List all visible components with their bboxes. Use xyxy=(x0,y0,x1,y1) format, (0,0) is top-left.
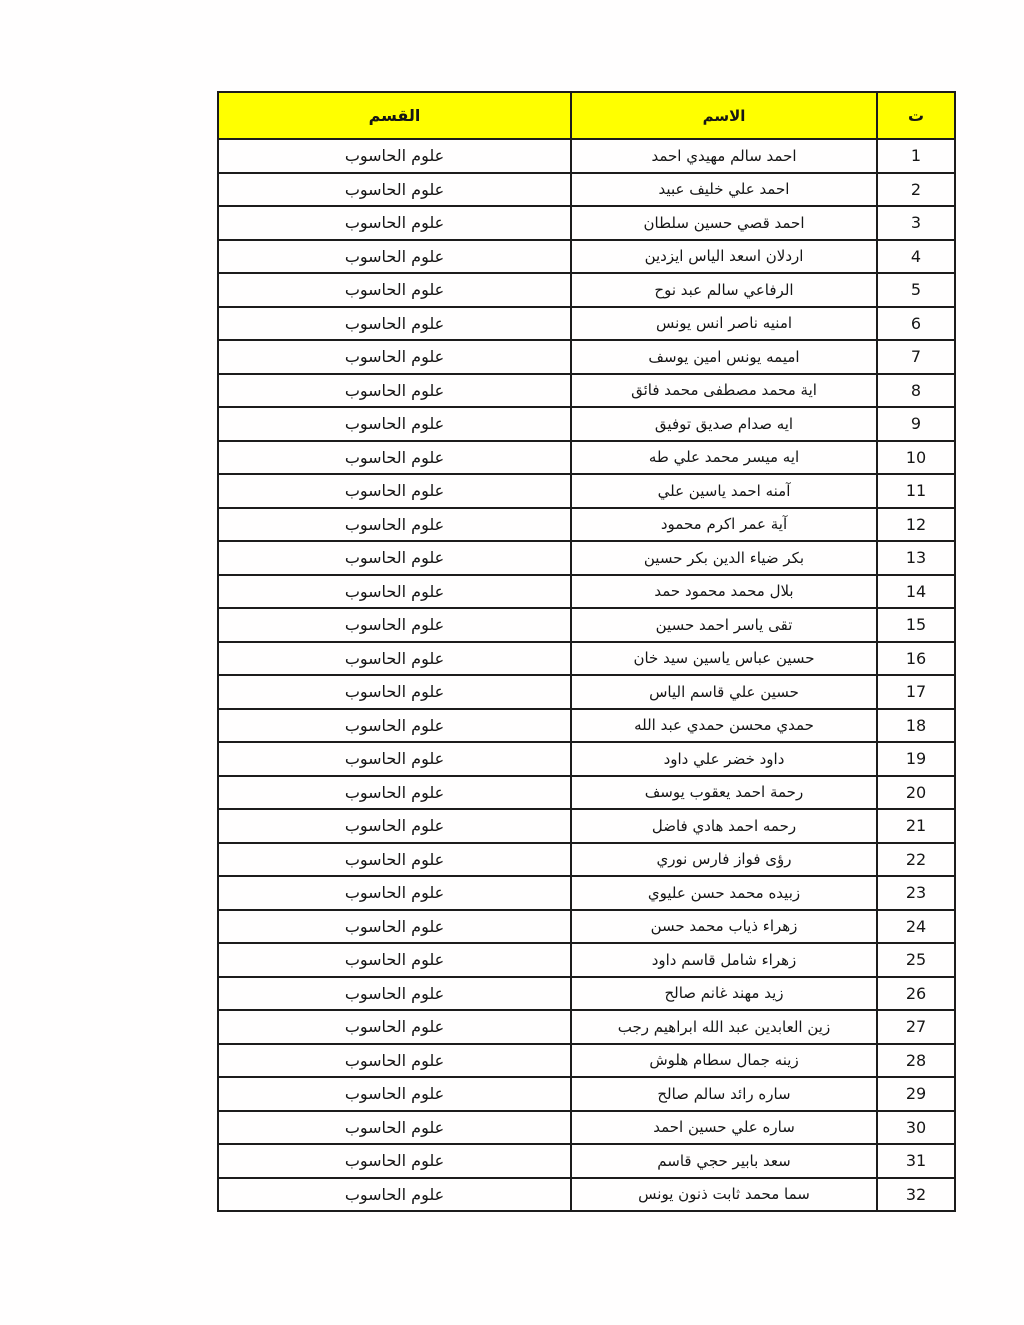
cell-department: علوم الحاسوب xyxy=(218,441,571,475)
cell-name: زهراء ذياب محمد حسن xyxy=(571,910,877,944)
cell-index: 4 xyxy=(877,240,955,274)
table-row: 16حسين عباس ياسين سيد خانعلوم الحاسوب xyxy=(218,642,955,676)
table-row: 13بكر ضياء الدين بكر حسينعلوم الحاسوب xyxy=(218,541,955,575)
cell-name: ايه صدام صديق توفيق xyxy=(571,407,877,441)
cell-index: 7 xyxy=(877,340,955,374)
document-page: ت الاسم القسم 1احمد سالم مهيدي احمدعلوم … xyxy=(0,0,1024,1325)
cell-department: علوم الحاسوب xyxy=(218,776,571,810)
table-row: 4اردلان اسعد الياس ايزدينعلوم الحاسوب xyxy=(218,240,955,274)
table-row: 8اية محمد مصطفى محمد فائقعلوم الحاسوب xyxy=(218,374,955,408)
cell-department: علوم الحاسوب xyxy=(218,1044,571,1078)
cell-department: علوم الحاسوب xyxy=(218,240,571,274)
cell-name: رحمه احمد هادي فاضل xyxy=(571,809,877,843)
table-row: 32سما محمد ثابت ذنون يونسعلوم الحاسوب xyxy=(218,1178,955,1212)
table-row: 11آمنه احمد ياسين عليعلوم الحاسوب xyxy=(218,474,955,508)
cell-name: بلال محمد محمود حمد xyxy=(571,575,877,609)
cell-name: حسين علي قاسم الياس xyxy=(571,675,877,709)
cell-name: اية محمد مصطفى محمد فائق xyxy=(571,374,877,408)
table-row: 28زينه جمال سطام هلوشعلوم الحاسوب xyxy=(218,1044,955,1078)
cell-name: زهراء شامل قاسم داود xyxy=(571,943,877,977)
cell-index: 8 xyxy=(877,374,955,408)
cell-name: داود خضر علي داود xyxy=(571,742,877,776)
cell-name: احمد علي خليف عبيد xyxy=(571,173,877,207)
table-row: 17حسين علي قاسم الياسعلوم الحاسوب xyxy=(218,675,955,709)
cell-index: 27 xyxy=(877,1010,955,1044)
cell-name: الرفاعي سالم عبد نوح xyxy=(571,273,877,307)
cell-department: علوم الحاسوب xyxy=(218,843,571,877)
table-row: 10ايه ميسر محمد علي طهعلوم الحاسوب xyxy=(218,441,955,475)
cell-index: 22 xyxy=(877,843,955,877)
cell-index: 24 xyxy=(877,910,955,944)
cell-index: 16 xyxy=(877,642,955,676)
table-row: 31سعد بابير حجي قاسمعلوم الحاسوب xyxy=(218,1144,955,1178)
table-row: 15تقى ياسر احمد حسينعلوم الحاسوب xyxy=(218,608,955,642)
cell-index: 21 xyxy=(877,809,955,843)
table-row: 19داود خضر علي داودعلوم الحاسوب xyxy=(218,742,955,776)
students-table: ت الاسم القسم 1احمد سالم مهيدي احمدعلوم … xyxy=(217,91,956,1212)
cell-department: علوم الحاسوب xyxy=(218,474,571,508)
cell-name: سما محمد ثابت ذنون يونس xyxy=(571,1178,877,1212)
table-header: ت الاسم القسم xyxy=(218,92,955,139)
table-row: 1احمد سالم مهيدي احمدعلوم الحاسوب xyxy=(218,139,955,173)
cell-index: 2 xyxy=(877,173,955,207)
table-row: 12آية عمر اكرم محمودعلوم الحاسوب xyxy=(218,508,955,542)
cell-department: علوم الحاسوب xyxy=(218,541,571,575)
cell-department: علوم الحاسوب xyxy=(218,608,571,642)
cell-name: تقى ياسر احمد حسين xyxy=(571,608,877,642)
cell-index: 5 xyxy=(877,273,955,307)
cell-department: علوم الحاسوب xyxy=(218,1111,571,1145)
cell-index: 3 xyxy=(877,206,955,240)
cell-department: علوم الحاسوب xyxy=(218,1178,571,1212)
cell-department: علوم الحاسوب xyxy=(218,876,571,910)
table-row: 24زهراء ذياب محمد حسنعلوم الحاسوب xyxy=(218,910,955,944)
cell-name: رحمة احمد يعقوب يوسف xyxy=(571,776,877,810)
cell-index: 31 xyxy=(877,1144,955,1178)
cell-department: علوم الحاسوب xyxy=(218,575,571,609)
table-body: 1احمد سالم مهيدي احمدعلوم الحاسوب2احمد ع… xyxy=(218,139,955,1211)
table-row: 5الرفاعي سالم عبد نوحعلوم الحاسوب xyxy=(218,273,955,307)
cell-department: علوم الحاسوب xyxy=(218,1010,571,1044)
cell-name: ساره علي حسين احمد xyxy=(571,1111,877,1145)
cell-index: 25 xyxy=(877,943,955,977)
cell-index: 10 xyxy=(877,441,955,475)
table-row: 18حمدي محسن حمدي عبد اللهعلوم الحاسوب xyxy=(218,709,955,743)
table-row: 22رؤى فواز فارس نوريعلوم الحاسوب xyxy=(218,843,955,877)
cell-department: علوم الحاسوب xyxy=(218,508,571,542)
cell-name: ساره رائد سالم صالح xyxy=(571,1077,877,1111)
table-row: 23زبيده محمد حسن عليويعلوم الحاسوب xyxy=(218,876,955,910)
table-row: 26زيد مهند غانم صالحعلوم الحاسوب xyxy=(218,977,955,1011)
cell-department: علوم الحاسوب xyxy=(218,206,571,240)
cell-name: اميمه يونس امين يوسف xyxy=(571,340,877,374)
cell-name: امنيه ناصر انس يونس xyxy=(571,307,877,341)
cell-department: علوم الحاسوب xyxy=(218,977,571,1011)
cell-department: علوم الحاسوب xyxy=(218,273,571,307)
cell-name: زين العابدين عبد الله ابراهيم رجب xyxy=(571,1010,877,1044)
cell-name: احمد سالم مهيدي احمد xyxy=(571,139,877,173)
table-row: 9ايه صدام صديق توفيقعلوم الحاسوب xyxy=(218,407,955,441)
table-row: 7اميمه يونس امين يوسفعلوم الحاسوب xyxy=(218,340,955,374)
cell-index: 11 xyxy=(877,474,955,508)
cell-index: 15 xyxy=(877,608,955,642)
header-cell-index: ت xyxy=(877,92,955,139)
cell-index: 1 xyxy=(877,139,955,173)
table-row: 29ساره رائد سالم صالحعلوم الحاسوب xyxy=(218,1077,955,1111)
table-row: 3احمد قصي حسين سلطانعلوم الحاسوب xyxy=(218,206,955,240)
cell-index: 32 xyxy=(877,1178,955,1212)
table-row: 2احمد علي خليف عبيدعلوم الحاسوب xyxy=(218,173,955,207)
cell-index: 29 xyxy=(877,1077,955,1111)
cell-department: علوم الحاسوب xyxy=(218,1144,571,1178)
cell-index: 26 xyxy=(877,977,955,1011)
table-row: 20رحمة احمد يعقوب يوسفعلوم الحاسوب xyxy=(218,776,955,810)
cell-department: علوم الحاسوب xyxy=(218,809,571,843)
cell-department: علوم الحاسوب xyxy=(218,340,571,374)
header-row: ت الاسم القسم xyxy=(218,92,955,139)
cell-name: احمد قصي حسين سلطان xyxy=(571,206,877,240)
cell-department: علوم الحاسوب xyxy=(218,374,571,408)
cell-department: علوم الحاسوب xyxy=(218,910,571,944)
cell-name: اردلان اسعد الياس ايزدين xyxy=(571,240,877,274)
table-row: 14بلال محمد محمود حمدعلوم الحاسوب xyxy=(218,575,955,609)
cell-department: علوم الحاسوب xyxy=(218,407,571,441)
cell-name: بكر ضياء الدين بكر حسين xyxy=(571,541,877,575)
cell-department: علوم الحاسوب xyxy=(218,307,571,341)
cell-department: علوم الحاسوب xyxy=(218,642,571,676)
cell-index: 6 xyxy=(877,307,955,341)
cell-index: 12 xyxy=(877,508,955,542)
cell-department: علوم الحاسوب xyxy=(218,173,571,207)
cell-index: 14 xyxy=(877,575,955,609)
cell-department: علوم الحاسوب xyxy=(218,139,571,173)
cell-index: 13 xyxy=(877,541,955,575)
cell-name: رؤى فواز فارس نوري xyxy=(571,843,877,877)
cell-department: علوم الحاسوب xyxy=(218,675,571,709)
cell-name: حسين عباس ياسين سيد خان xyxy=(571,642,877,676)
cell-name: زينه جمال سطام هلوش xyxy=(571,1044,877,1078)
cell-index: 23 xyxy=(877,876,955,910)
cell-index: 18 xyxy=(877,709,955,743)
cell-index: 9 xyxy=(877,407,955,441)
cell-index: 20 xyxy=(877,776,955,810)
header-cell-name: الاسم xyxy=(571,92,877,139)
cell-index: 28 xyxy=(877,1044,955,1078)
cell-name: ايه ميسر محمد علي طه xyxy=(571,441,877,475)
cell-name: آية عمر اكرم محمود xyxy=(571,508,877,542)
cell-index: 30 xyxy=(877,1111,955,1145)
cell-department: علوم الحاسوب xyxy=(218,1077,571,1111)
table-row: 27زين العابدين عبد الله ابراهيم رجبعلوم … xyxy=(218,1010,955,1044)
cell-name: حمدي محسن حمدي عبد الله xyxy=(571,709,877,743)
cell-name: سعد بابير حجي قاسم xyxy=(571,1144,877,1178)
table-row: 21رحمه احمد هادي فاضلعلوم الحاسوب xyxy=(218,809,955,843)
header-cell-department: القسم xyxy=(218,92,571,139)
cell-department: علوم الحاسوب xyxy=(218,742,571,776)
cell-name: زيد مهند غانم صالح xyxy=(571,977,877,1011)
cell-name: زبيده محمد حسن عليوي xyxy=(571,876,877,910)
cell-name: آمنه احمد ياسين علي xyxy=(571,474,877,508)
table-row: 30ساره علي حسين احمدعلوم الحاسوب xyxy=(218,1111,955,1145)
cell-department: علوم الحاسوب xyxy=(218,943,571,977)
cell-department: علوم الحاسوب xyxy=(218,709,571,743)
cell-index: 17 xyxy=(877,675,955,709)
cell-index: 19 xyxy=(877,742,955,776)
table-row: 25زهراء شامل قاسم داودعلوم الحاسوب xyxy=(218,943,955,977)
table-row: 6امنيه ناصر انس يونسعلوم الحاسوب xyxy=(218,307,955,341)
